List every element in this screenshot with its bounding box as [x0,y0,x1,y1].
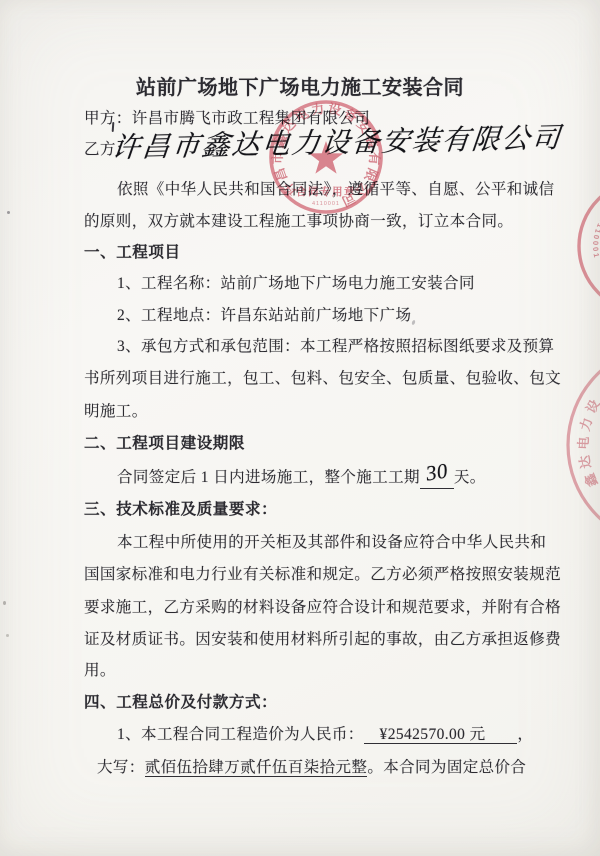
tech-standard-line-1: 本工程中所使用的开关柜及其部件和设备应符合中华人民共和 [117,530,546,552]
words-suffix: 。本合同为固定总价合 [367,759,526,776]
edge-stamp-top: 4110001 [565,166,600,326]
contract-scope-line-3: 明施工。 [84,399,148,421]
period-suffix: 天。 [454,469,486,486]
amount-in-words-underlined: 贰佰伍拾肆万贰仟伍百柒拾元整 [145,760,368,777]
amount-in-words-line: 大写：贰佰伍拾肆万贰仟伍百柒拾元整。本合同为固定总价合 [97,755,526,777]
section1-heading: 一、工程项目 [84,240,181,262]
svg-text:4110001: 4110001 [591,216,600,260]
project-name-line: 1、工程名称：站前广场地下广场电力施工安装合同 [117,271,475,293]
edge-stamp-bottom: 鑫达电力设 [556,340,600,552]
edge-stamp-top-digits: 4110001 [591,216,600,260]
price-prefix: 1、本工程合同工程造价为人民币： [117,726,364,743]
price-amount-underlined: ¥2542570.00 元 [364,727,518,744]
construction-period-line: 合同签定后 1 日内进场施工，整个施工工期30天。 [117,463,486,489]
section4-heading: 四、工程总价及付款方式： [84,690,277,712]
contract-scope-line-1: 3、承包方式和承包范围：本工程严格按照招标图纸要求及预算 [117,334,554,356]
period-days-blank: 30 [420,463,454,489]
scan-speck [411,320,416,326]
tech-standard-line-2: 国国家标准和电力行业有关标准和规定。乙方必须严格按照安装规范 [84,562,561,584]
section3-heading: 三、技术标准及质量要求： [84,497,277,519]
scan-speck [7,211,10,214]
preamble-line-1: 依照《中华人民共和国合同法》，遵循平等、自愿、公平和诚信 [117,177,554,199]
scan-speck [3,601,6,605]
party-a-label: 甲方： [84,110,132,127]
contract-scope-line-2: 书所列项目进行施工，包工、包料、包安全、包质量、包验收、包文 [84,366,561,388]
edge-stamp-bottom-text: 鑫达电力设 [576,393,600,490]
period-prefix: 合同签定后 1 日内进场施工，整个施工工期 [117,469,420,486]
preamble-line-2: 的原则，双方就本建设工程施工事项协商一致，订立本合同。 [84,209,513,231]
contract-title: 站前广场地下广场电力施工安装合同 [0,71,600,100]
words-prefix: 大写： [97,759,145,776]
edge-stamp-top-ring [579,180,600,312]
svg-text:鑫达电力设: 鑫达电力设 [576,393,600,490]
contract-document: 站前广场地下广场电力施工安装合同 甲方：许昌市腾飞市政工程集团有限公司 乙方： … [0,0,600,856]
price-suffix: ， [517,726,533,743]
contract-price-line: 1、本工程合同工程造价为人民币： ¥2542570.00 元 ， [117,722,533,744]
project-location-line: 2、工程地点：许昌东站站前广场地下广场 [117,303,411,325]
tech-standard-line-4: 证及材质证书。因安装和使用材料所引起的事故，由乙方承担返修费 [84,627,561,649]
scan-speck [6,634,9,637]
section2-heading: 二、工程项目建设期限 [84,431,245,453]
tech-standard-line-5: 用。 [84,658,116,680]
seal-serial-number: 4110001 [312,201,340,207]
tech-standard-line-3: 要求施工，乙方采购的材料设备应符合设计和规范要求，并附有合格 [84,595,561,617]
edge-stamp-bottom-ring [568,345,600,545]
period-days-handwritten: 30 [420,458,453,487]
